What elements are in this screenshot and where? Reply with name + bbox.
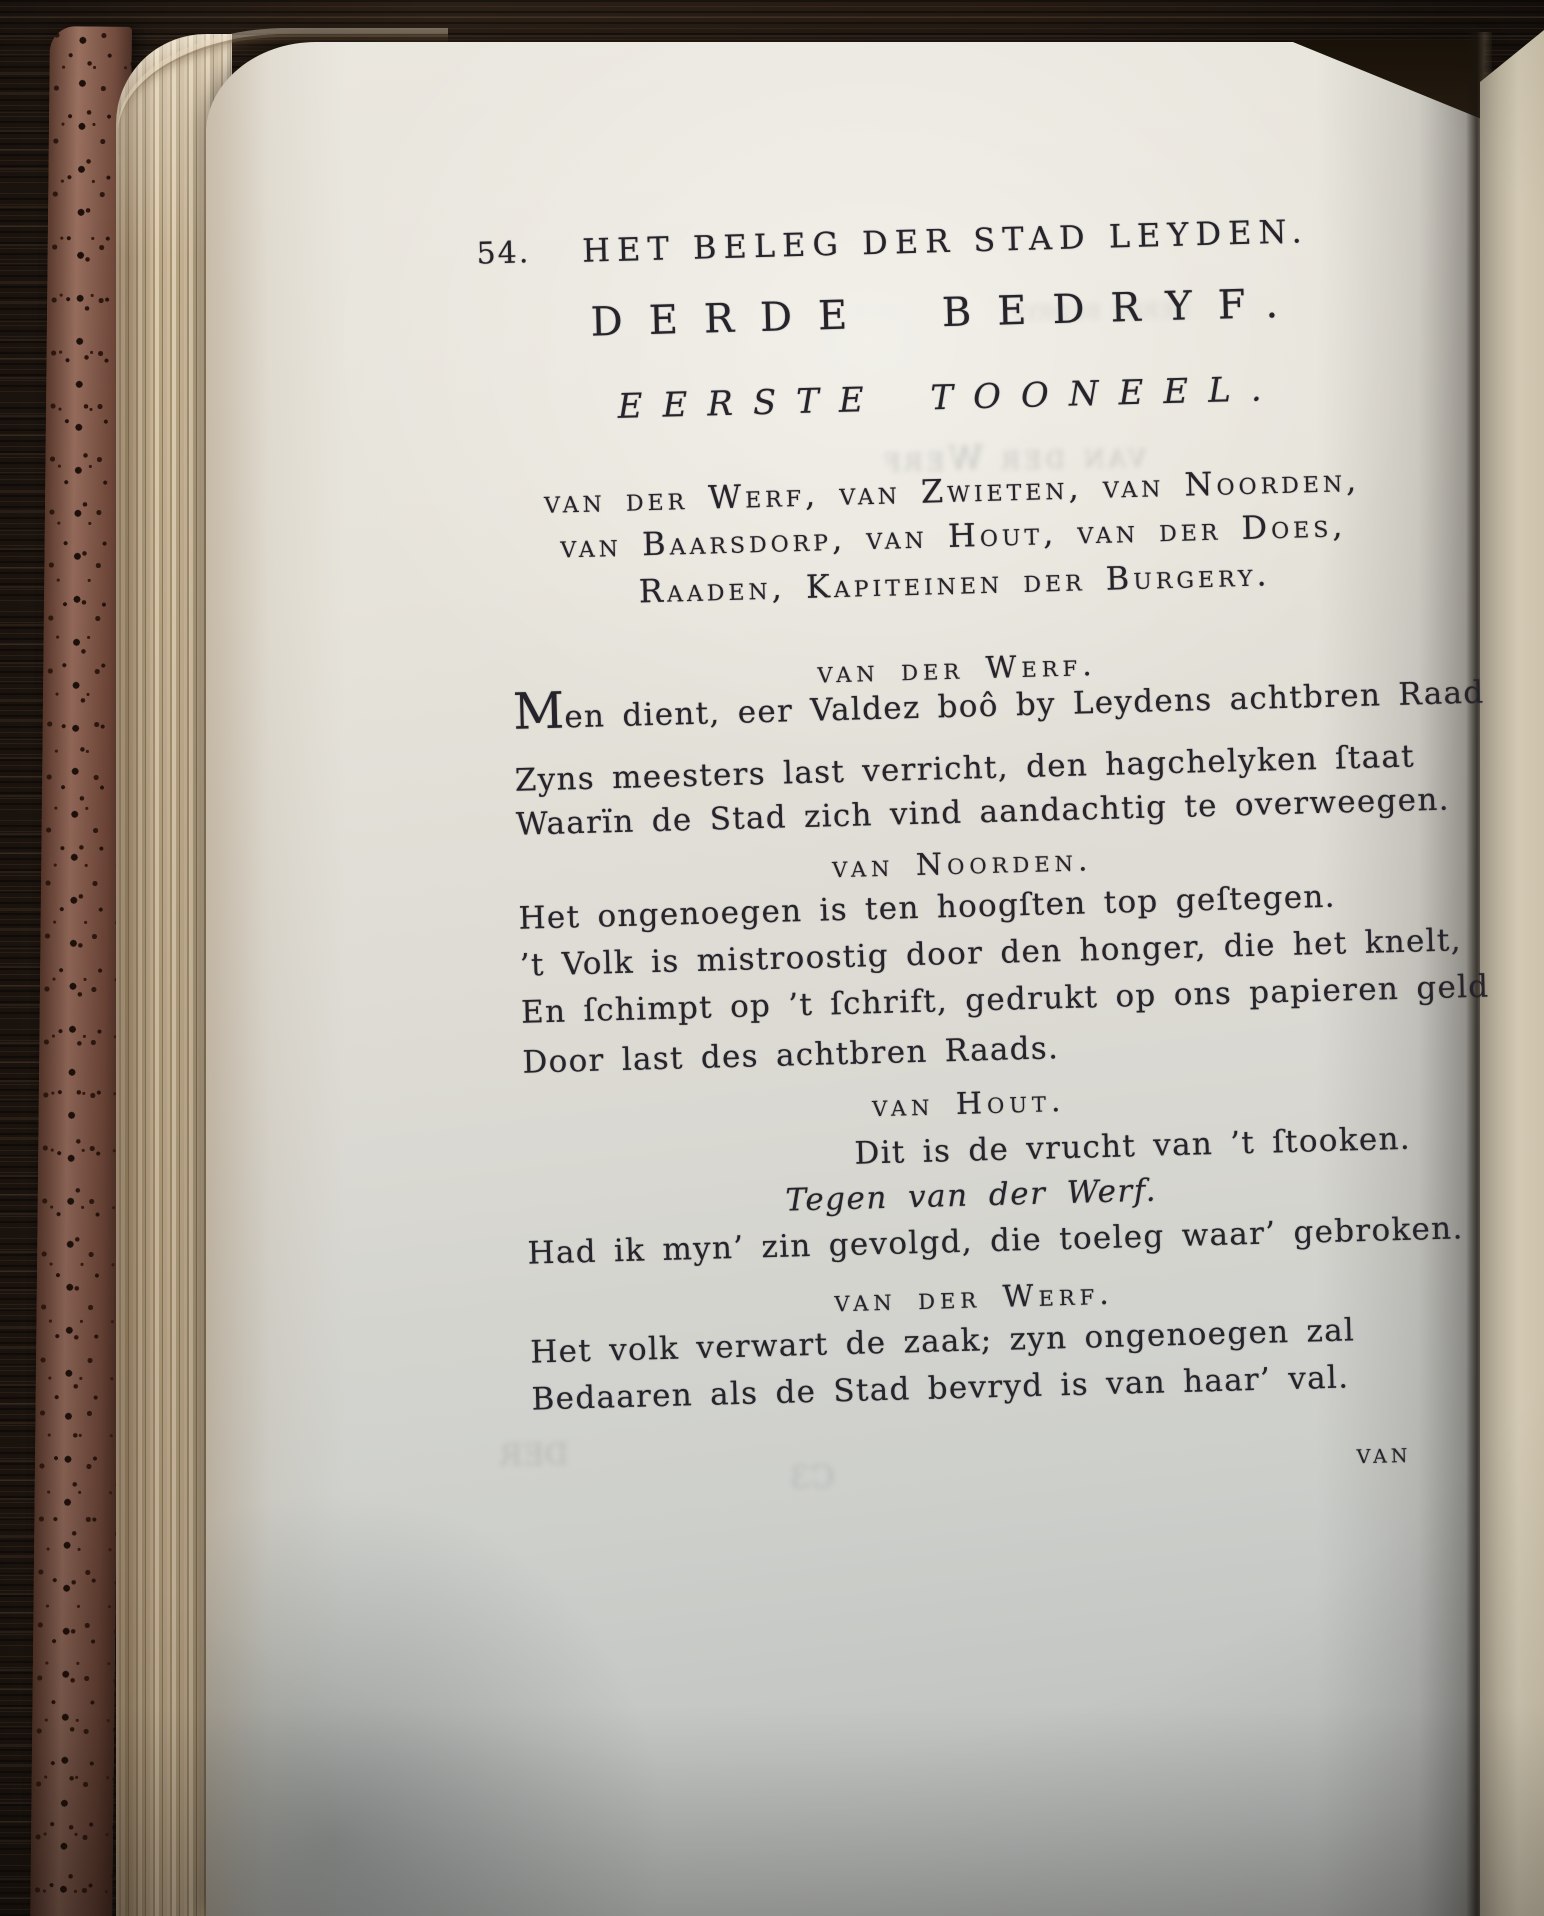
scene-heading: EERSTE TOONEEL. [504,365,1395,431]
facing-page-edge [1480,30,1544,1916]
catchword: van [1356,1438,1412,1470]
initial-capital: M [512,681,565,740]
act-heading: DERDE BEDRYF. [502,280,1393,346]
printed-text-block: 54. HET BELEG DER STAD LEYDEN. DERDE BED… [500,208,1428,1632]
